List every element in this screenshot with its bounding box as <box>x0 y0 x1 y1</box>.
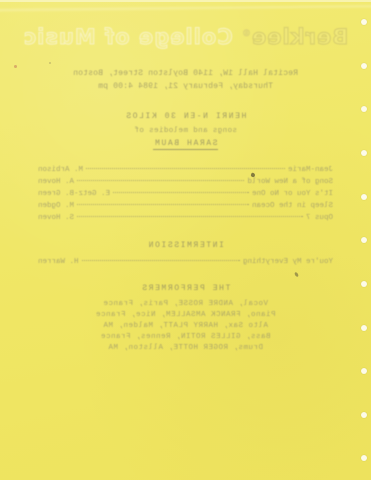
registered-mark: ® <box>241 29 251 39</box>
school-name-brand: Berklee <box>251 25 348 49</box>
recital-title: HENRI N-EN 30 KILOS <box>0 112 371 121</box>
performers-list: Vocal, ANDRE ROSSE, Paris, France Piano,… <box>0 299 371 354</box>
song-title: Sleep in the Ocean <box>252 202 333 210</box>
punch-hole <box>361 194 367 200</box>
punch-hole <box>361 106 367 112</box>
program-row: It's You or No One E. Getz-B. Green <box>38 190 333 202</box>
song-title: Jean-Marie <box>288 166 333 174</box>
dotted-leader <box>77 204 249 205</box>
song-title: Opus 7 <box>306 214 333 222</box>
program-list: Jean-Marie M. Arbison Song of a New Worl… <box>38 166 333 226</box>
punch-hole <box>361 325 367 331</box>
program-row: Opus 7 S. Hoven <box>38 214 333 226</box>
song-title: Song of a New World <box>247 178 333 186</box>
program-row: Song of a New World A. Hoven <box>38 178 333 190</box>
composer-name: H. Warren <box>38 258 79 266</box>
dotted-leader <box>77 216 303 217</box>
composer-name: M. Ogden <box>38 202 74 210</box>
song-title: You're My Everything <box>243 258 333 266</box>
composer-name: E. Getz-B. Green <box>38 190 110 198</box>
composer-name: A. Hoven <box>38 178 74 186</box>
dotted-leader <box>86 168 285 169</box>
punch-hole <box>361 281 367 287</box>
performer-line: Piano, FRANCK AMSALLEM, Nice, France <box>0 310 371 321</box>
program-row: Jean-Marie M. Arbison <box>38 166 333 178</box>
paper-speck <box>14 65 17 68</box>
dotted-leader <box>77 180 244 181</box>
performers-heading: THE PERFORMERS <box>0 284 371 293</box>
punch-hole <box>361 63 367 69</box>
performer-line: Drums, ROGER HOTTE, Allston, MA <box>0 343 371 354</box>
school-name-rest: College of Music <box>23 25 241 49</box>
recital-honoree: SARAH BAUM <box>0 139 371 148</box>
venue-line: Recital Hall 1W, 1140 Boylston Street, B… <box>0 69 371 78</box>
intermission-label: INTERMISSION <box>0 241 371 250</box>
mirrored-bleedthrough-content: Berklee® College of Music Recital Hall 1… <box>0 0 371 480</box>
punch-hole <box>361 412 367 418</box>
date-time-line: Thursday, February 21, 1984 4:00 pm <box>0 82 371 91</box>
paper-speck <box>49 62 51 64</box>
dotted-leader <box>113 192 249 193</box>
program-row: Sleep in the Ocean M. Ogden <box>38 202 333 214</box>
punch-hole <box>361 237 367 243</box>
performer-line: Alto Sax, HARRY PLATT, Malden, MA <box>0 321 371 332</box>
composer-name: M. Arbison <box>38 166 83 174</box>
honoree-name: SARAH BAUM <box>154 139 218 150</box>
performer-line: Vocal, ANDRE ROSSE, Paris, France <box>0 299 371 310</box>
punch-hole <box>361 455 367 461</box>
punch-hole <box>361 150 367 156</box>
punch-hole <box>361 19 367 25</box>
program-row: You're My Everything H. Warren <box>38 258 333 270</box>
performer-line: Bass, GILLES ROTIN, Rennes, France <box>0 332 371 343</box>
punch-hole <box>361 368 367 374</box>
encore-row: You're My Everything H. Warren <box>38 258 333 270</box>
song-title: It's You or No One <box>252 190 333 198</box>
dotted-leader <box>82 260 240 261</box>
school-title: Berklee® College of Music <box>0 25 371 49</box>
scanned-program-page: Berklee® College of Music Recital Hall 1… <box>0 0 371 480</box>
recital-subtitle: songs and melodies of <box>0 127 371 135</box>
composer-name: S. Hoven <box>38 214 74 222</box>
